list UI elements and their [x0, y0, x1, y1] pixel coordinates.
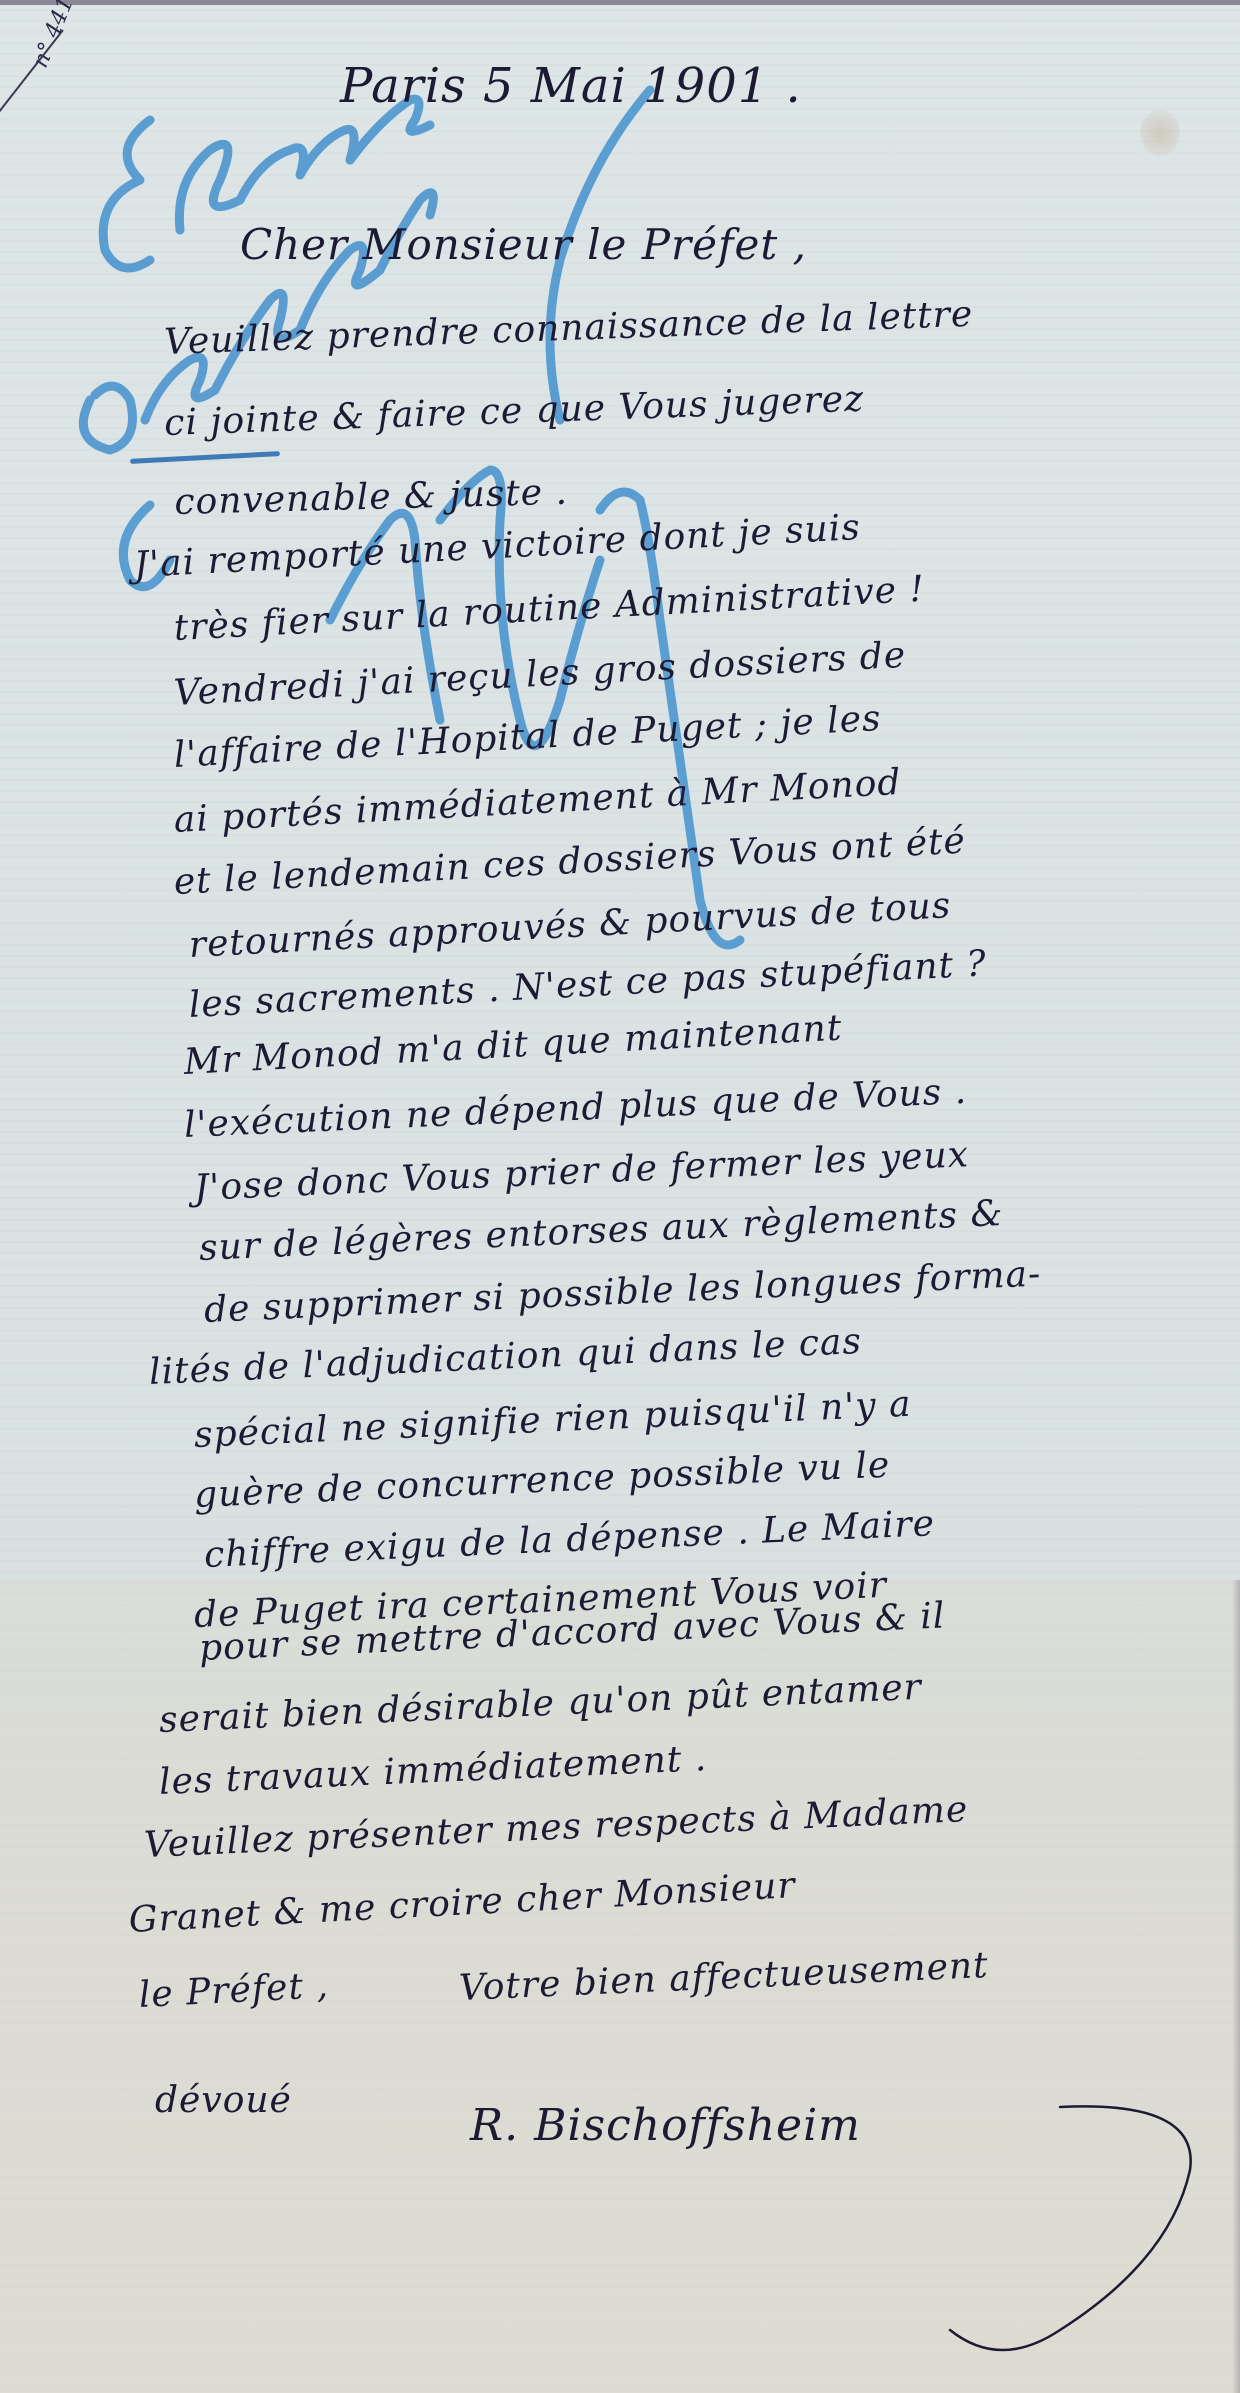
signature: R. Bischoffsheim	[470, 2100, 861, 2151]
letter-closing-continued: dévoué	[155, 2080, 292, 2121]
letter-salutation: Cher Monsieur le Préfet ,	[240, 220, 807, 269]
body-line: lités de l'adjudication qui dans le cas	[148, 1321, 863, 1393]
body-line: J'ose donc Vous prier de fermer les yeux	[193, 1134, 970, 1209]
body-line: spécial ne signifie rien puisqu'il n'y a	[193, 1384, 912, 1456]
body-line: guère de concurrence possible vu le	[193, 1445, 891, 1516]
body-line: ci jointe & faire ce que Vous jugerez	[164, 379, 865, 444]
paper-right-edge	[1232, 1580, 1240, 2393]
body-line: l'exécution ne dépend plus que de Vous .	[183, 1071, 968, 1146]
letter-page: n° 441 Paris 5 Mai 1901 .	[0, 0, 1240, 2393]
archive-number-slash	[0, 29, 64, 117]
body-line: convenable & juste .	[174, 472, 569, 523]
letter-date: Paris 5 Mai 1901 .	[340, 58, 802, 114]
body-line: sur de légères entorses aux règlements &	[198, 1193, 1004, 1269]
blue-underline-mark	[130, 451, 280, 464]
body-line: très fier sur la routine Administrative …	[173, 569, 926, 649]
paper-stain	[1140, 110, 1180, 156]
body-line: l'affaire de l'Hopital de Puget ; je les	[173, 698, 883, 776]
body-line: Veuillez prendre connaissance de la lett…	[164, 294, 974, 363]
body-line: de supprimer si possible les longues for…	[203, 1253, 1042, 1331]
archive-number: n° 441	[28, 0, 79, 71]
body-line: chiffre exigu de la dépense . Le Maire	[203, 1503, 936, 1576]
paper-top-edge	[0, 0, 1240, 5]
